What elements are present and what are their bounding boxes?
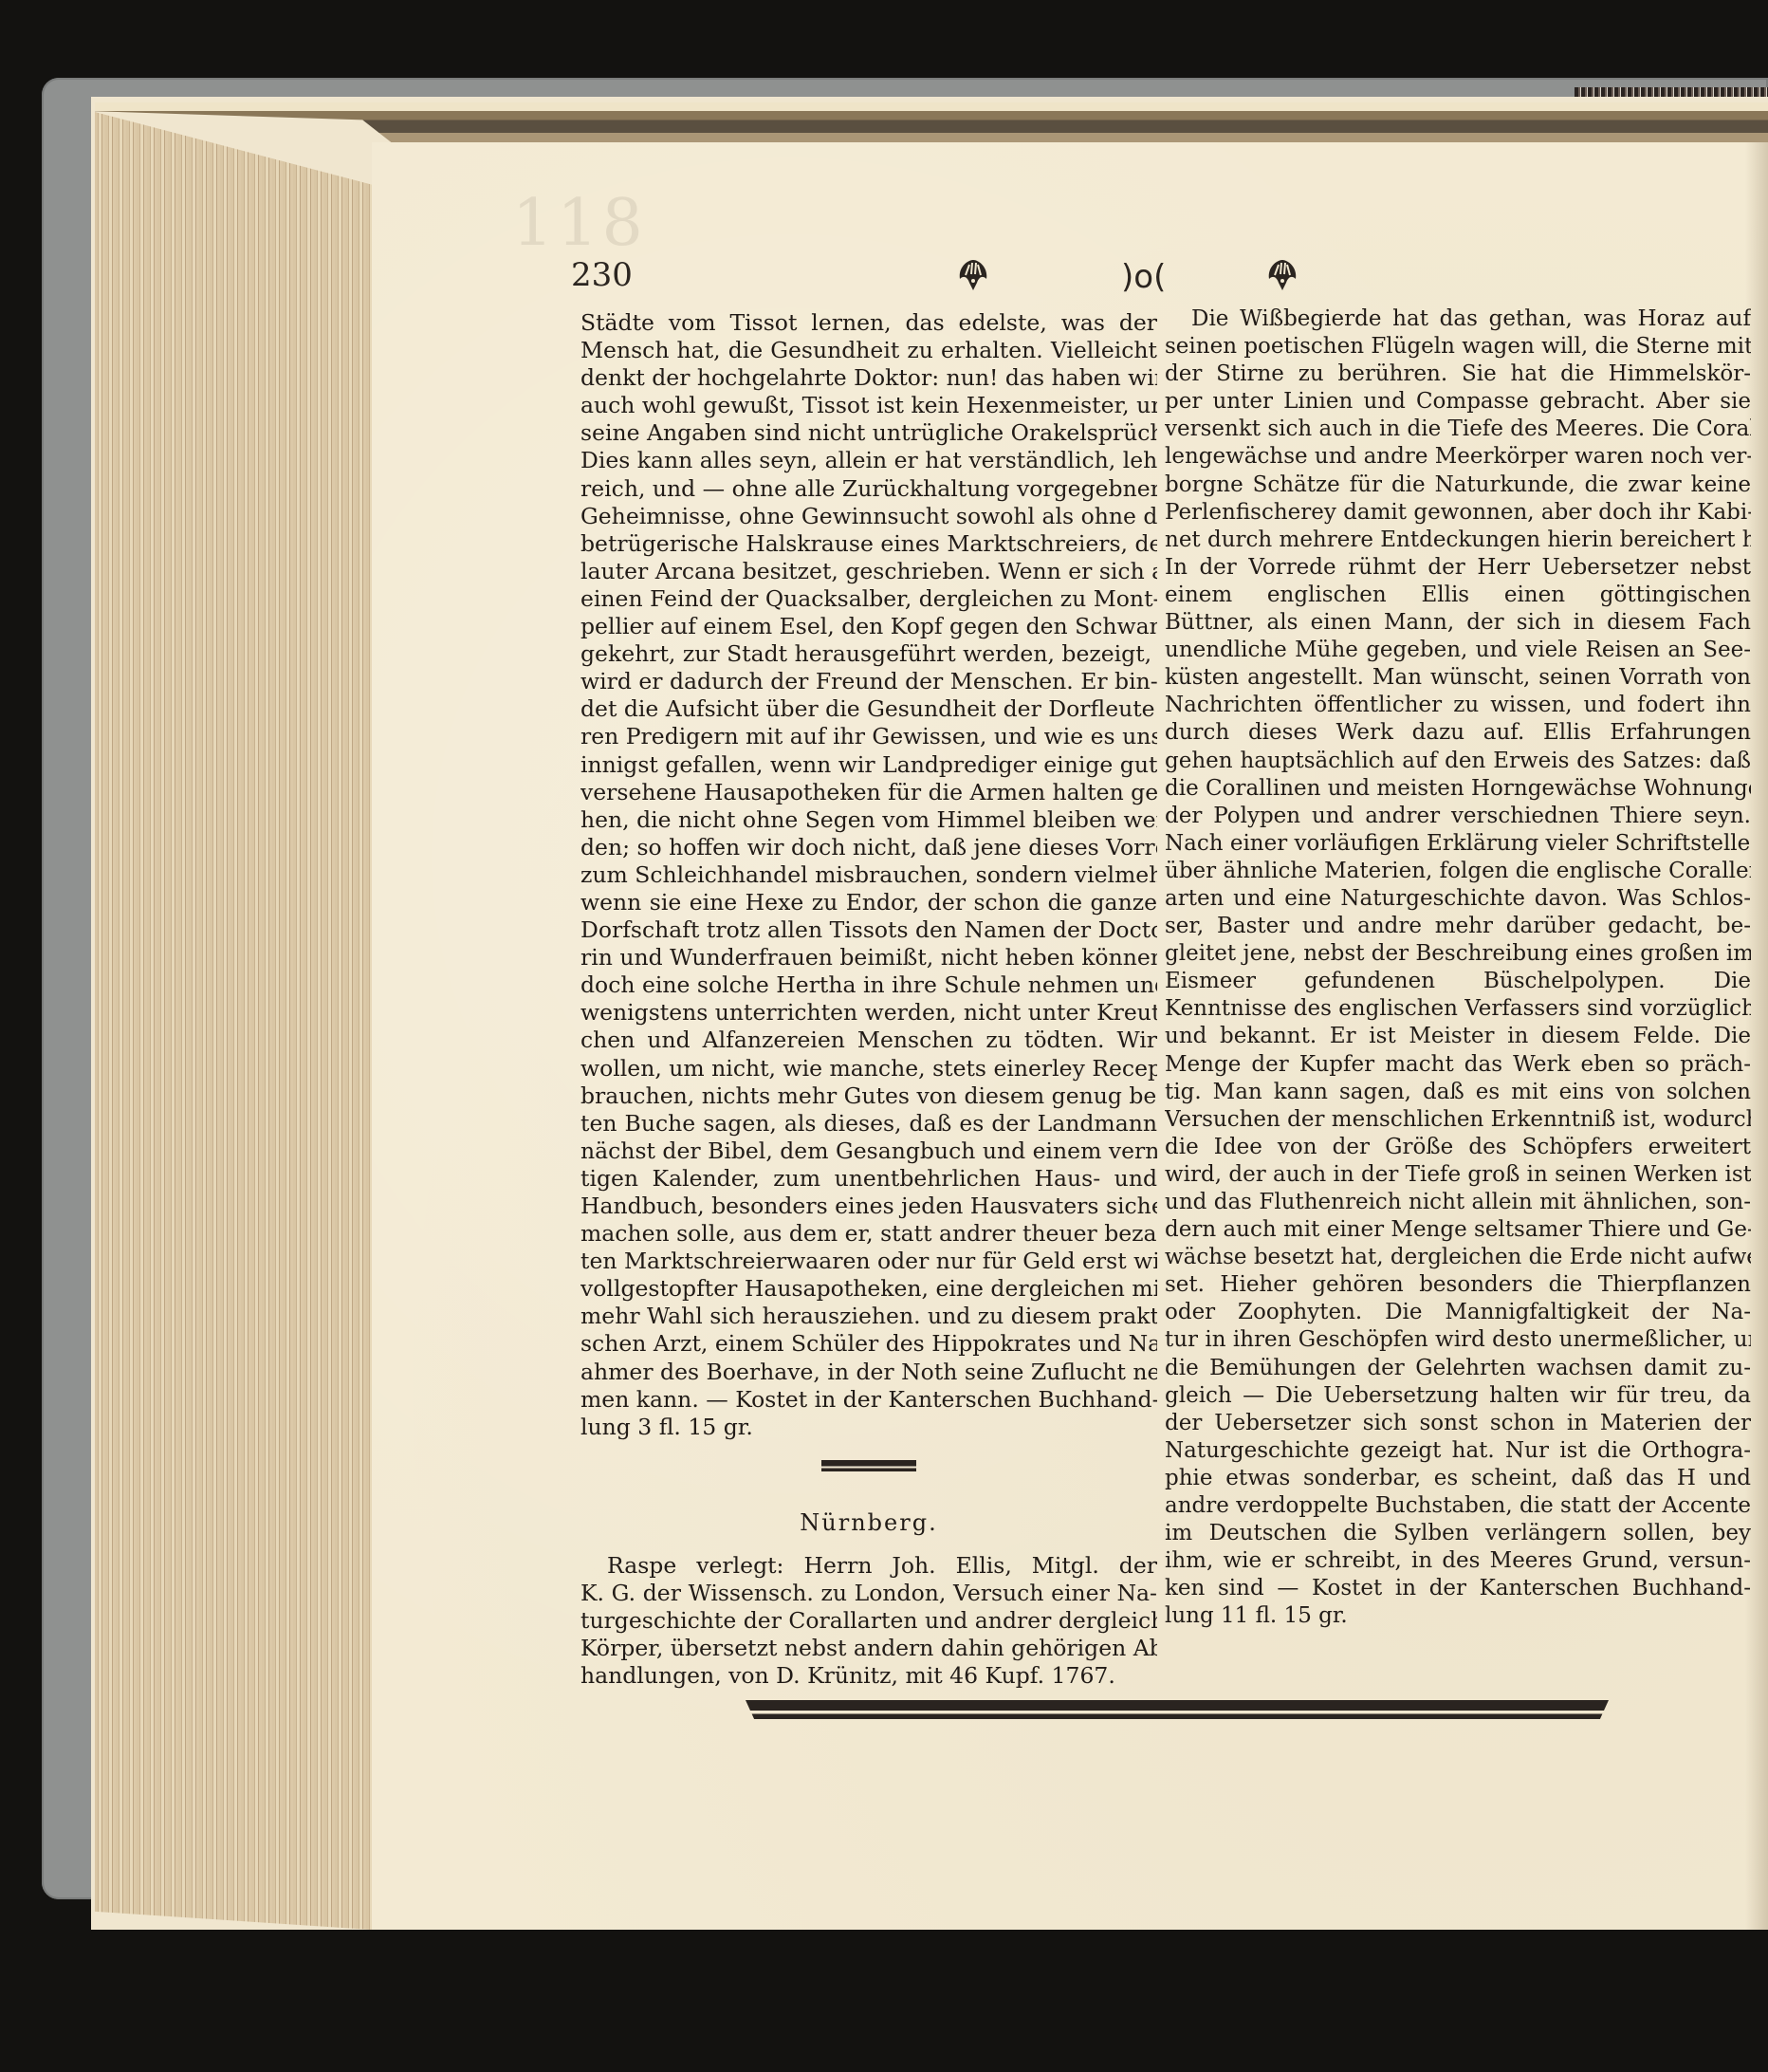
running-header: 230 )o( — [571, 256, 1709, 304]
text-line: set. Hieher gehören besonders die Thierp… — [1165, 1271, 1751, 1299]
text-line: der Uebersetzer sich sonst schon in Mate… — [1165, 1410, 1751, 1437]
text-line: Städte vom Tissot lernen, das edelste, w… — [580, 309, 1157, 337]
text-line: Nach einer vorläufigen Erklärung vieler … — [1165, 830, 1751, 858]
text-line: Eismeer gefundenen Büschelpolypen. Die — [1165, 968, 1751, 995]
text-line: vollgestopfter Hausapotheken, eine dergl… — [580, 1275, 1157, 1303]
text-line: Dorfschaft trotz allen Tissots den Namen… — [580, 916, 1157, 944]
text-line: auch wohl gewußt, Tissot ist kein Hexenm… — [580, 392, 1157, 419]
text-line: küsten angestellt. Man wünscht, seinen V… — [1165, 664, 1751, 692]
text-line: hen, die nicht ohne Segen vom Himmel ble… — [580, 806, 1157, 834]
text-line: seinen poetischen Flügeln wagen will, di… — [1165, 333, 1751, 361]
text-line: men kann. — Kostet in der Kanterschen Bu… — [580, 1386, 1157, 1414]
text-line: lauter Arcana besitzet, geschrieben. Wen… — [580, 558, 1157, 585]
text-line: Menge der Kupfer macht das Werk eben so … — [1165, 1051, 1751, 1079]
bottom-rule — [746, 1700, 1609, 1719]
text-line: phie etwas sonderbar, es scheint, daß da… — [1165, 1465, 1751, 1492]
left-column: Städte vom Tissot lernen, das edelste, w… — [580, 309, 1157, 1690]
text-line: einem englischen Ellis einen göttingisch… — [1165, 582, 1751, 609]
text-line: dern auch mit einer Menge seltsamer Thie… — [1165, 1216, 1751, 1244]
ellis-entry-text: Raspe verlegt: Herrn Joh. Ellis, Mitgl. … — [580, 1552, 1157, 1690]
text-line: lung 3 fl. 15 gr. — [580, 1414, 1157, 1441]
text-line: In der Vorrede rühmt der Herr Uebersetze… — [1165, 554, 1751, 582]
text-line: reich, und — ohne alle Zurückhaltung vor… — [580, 475, 1157, 503]
text-line: Geheimnisse, ohne Gewinnsucht sowohl als… — [580, 503, 1157, 530]
text-line: brauchen, nichts mehr Gutes von diesem g… — [580, 1082, 1157, 1110]
text-line: über ähnliche Materien, folgen die engli… — [1165, 858, 1751, 885]
text-line: borgne Schätze für die Naturkunde, die z… — [1165, 472, 1751, 499]
text-line: wenn sie eine Hexe zu Endor, der schon d… — [580, 889, 1157, 916]
text-line: mehr Wahl sich herausziehen. und zu dies… — [580, 1303, 1157, 1330]
shell-ornament-icon — [954, 256, 992, 294]
text-line: Handbuch, besonders eines jeden Hausvate… — [580, 1193, 1157, 1220]
ellis-review-text: Die Wißbegierde hat das gethan, was Hora… — [1165, 305, 1751, 1631]
text-line: Die Wißbegierde hat das gethan, was Hora… — [1165, 305, 1751, 333]
text-line: Naturgeschichte gezeigt hat. Nur ist die… — [1165, 1437, 1751, 1465]
text-line: im Deutschen die Sylben verlängern solle… — [1165, 1520, 1751, 1547]
text-line: Versuchen der menschlichen Erkenntniß is… — [1165, 1106, 1751, 1134]
text-line: ken sind — Kostet in der Kanterschen Buc… — [1165, 1575, 1751, 1602]
text-line: versenkt sich auch in die Tiefe des Meer… — [1165, 416, 1751, 443]
text-line: chen und Alfanzereien Menschen zu tödten… — [580, 1027, 1157, 1054]
text-line: wollen, um nicht, wie manche, stets eine… — [580, 1055, 1157, 1082]
text-line: rin und Wunderfrauen beimißt, nicht hebe… — [580, 944, 1157, 971]
text-line: durch dieses Werk dazu auf. Ellis Erfahr… — [1165, 719, 1751, 747]
text-line: denkt der hochgelahrte Doktor: nun! das … — [580, 364, 1157, 392]
text-line: per unter Linien und Compasse gebracht. … — [1165, 388, 1751, 416]
text-line: lung 11 fl. 15 gr. — [1165, 1602, 1751, 1630]
text-line: Dies kann alles seyn, allein er hat vers… — [580, 447, 1157, 474]
text-line: und das Fluthenreich nicht allein mit äh… — [1165, 1189, 1751, 1216]
text-line: der Stirne zu berühren. Sie hat die Himm… — [1165, 361, 1751, 388]
text-line: versehene Hausapotheken für die Armen ha… — [580, 779, 1157, 806]
tissot-review-text: Städte vom Tissot lernen, das edelste, w… — [580, 309, 1157, 1441]
text-line: gehen hauptsächlich auf den Erweis des S… — [1165, 748, 1751, 775]
text-line: net durch mehrere Entdeckungen hierin be… — [1165, 527, 1751, 554]
text-line: andre verdoppelte Buchstaben, die statt … — [1165, 1492, 1751, 1520]
text-line: ihm, wie er schreibt, in des Meeres Grun… — [1165, 1547, 1751, 1575]
text-line: oder Zoophyten. Die Mannigfaltigkeit der… — [1165, 1299, 1751, 1326]
text-line: Büttner, als einen Mann, der sich in die… — [1165, 609, 1751, 637]
text-line: die Corallinen und meisten Horngewächse … — [1165, 775, 1751, 803]
text-line: handlungen, von D. Krünitz, mit 46 Kupf.… — [580, 1662, 1157, 1690]
section-divider — [821, 1460, 916, 1471]
text-line: Nachrichten öffentlicher zu wissen, und … — [1165, 692, 1751, 719]
text-line: Mensch hat, die Gesundheit zu erhalten. … — [580, 337, 1157, 364]
text-line: seine Angaben sind nicht untrügliche Ora… — [580, 419, 1157, 447]
bleed-through-page-number: 118 — [512, 186, 647, 261]
text-line: den; so hoffen wir doch nicht, daß jene … — [580, 834, 1157, 861]
text-line: unendliche Mühe gegeben, und viele Reise… — [1165, 637, 1751, 664]
right-column: Die Wißbegierde hat das gethan, was Hora… — [1165, 305, 1751, 1631]
page-fore-edges — [95, 112, 372, 1930]
text-line: schen Arzt, einem Schüler des Hippokrate… — [580, 1330, 1157, 1358]
text-line: wächse besetzt hat, dergleichen die Erde… — [1165, 1244, 1751, 1271]
text-line: ten Marktschreierwaaren oder nur für Gel… — [580, 1248, 1157, 1275]
text-line: Perlenfischerey damit gewonnen, aber doc… — [1165, 499, 1751, 527]
text-line: ten Buche sagen, als dieses, daß es der … — [580, 1110, 1157, 1138]
header-mark: )o( — [1121, 258, 1166, 296]
text-line: und bekannt. Er ist Meister in diesem Fe… — [1165, 1023, 1751, 1050]
text-line: einen Feind der Quacksalber, dergleichen… — [580, 585, 1157, 613]
text-line: machen solle, aus dem er, statt andrer t… — [580, 1220, 1157, 1248]
text-line: die Idee von der Größe des Schöpfers erw… — [1165, 1134, 1751, 1161]
section-heading: Nürnberg. — [580, 1509, 1157, 1537]
text-line: Körper, übersetzt nebst andern dahin geh… — [580, 1635, 1157, 1662]
text-line: Kenntnisse des englischen Verfassers sin… — [1165, 995, 1751, 1023]
text-line: die Bemühungen der Gelehrten wachsen dam… — [1165, 1355, 1751, 1382]
text-line: betrügerische Halskrause eines Marktschr… — [580, 530, 1157, 558]
text-line: gleich — Die Uebersetzung halten wir für… — [1165, 1382, 1751, 1410]
text-line: der Polypen und andrer verschiednen Thie… — [1165, 803, 1751, 830]
text-line: arten und eine Naturgeschichte davon. Wa… — [1165, 885, 1751, 913]
text-line: wird, der auch in der Tiefe groß in sein… — [1165, 1161, 1751, 1189]
text-line: turgeschichte der Corallarten und andrer… — [580, 1607, 1157, 1635]
text-line: gekehrt, zur Stadt herausgeführt werden,… — [580, 640, 1157, 668]
text-line: tig. Man kann sagen, daß es mit eins von… — [1165, 1079, 1751, 1106]
shell-ornament-icon — [1263, 256, 1301, 294]
text-line: zum Schleichhandel misbrauchen, sondern … — [580, 861, 1157, 889]
text-line: doch eine solche Hertha in ihre Schule n… — [580, 971, 1157, 999]
text-line: ser, Baster und andre mehr darüber gedac… — [1165, 913, 1751, 940]
text-line: tigen Kalender, zum unentbehrlichen Haus… — [580, 1165, 1157, 1193]
text-line: gleitet jene, nebst der Beschreibung ein… — [1165, 940, 1751, 968]
text-line: nächst der Bibel, dem Gesangbuch und ein… — [580, 1138, 1157, 1165]
text-line: ren Predigern mit auf ihr Gewissen, und … — [580, 723, 1157, 750]
text-line: wenigstens unterrichten werden, nicht un… — [580, 999, 1157, 1027]
page-number: 230 — [571, 256, 633, 294]
text-line: wird er dadurch der Freund der Menschen.… — [580, 668, 1157, 695]
text-line: det die Aufsicht über die Gesundheit der… — [580, 695, 1157, 723]
text-line: Raspe verlegt: Herrn Joh. Ellis, Mitgl. … — [580, 1552, 1157, 1580]
text-line: ahmer des Boerhave, in der Noth seine Zu… — [580, 1359, 1157, 1386]
text-line: lengewächse und andre Meerkörper waren n… — [1165, 443, 1751, 471]
text-line: pellier auf einem Esel, den Kopf gegen d… — [580, 613, 1157, 640]
text-line: tur in ihren Geschöpfen wird desto unerm… — [1165, 1326, 1751, 1354]
text-line: innigst gefallen, wenn wir Landprediger … — [580, 751, 1157, 779]
text-line: K. G. der Wissensch. zu London, Versuch … — [580, 1580, 1157, 1607]
